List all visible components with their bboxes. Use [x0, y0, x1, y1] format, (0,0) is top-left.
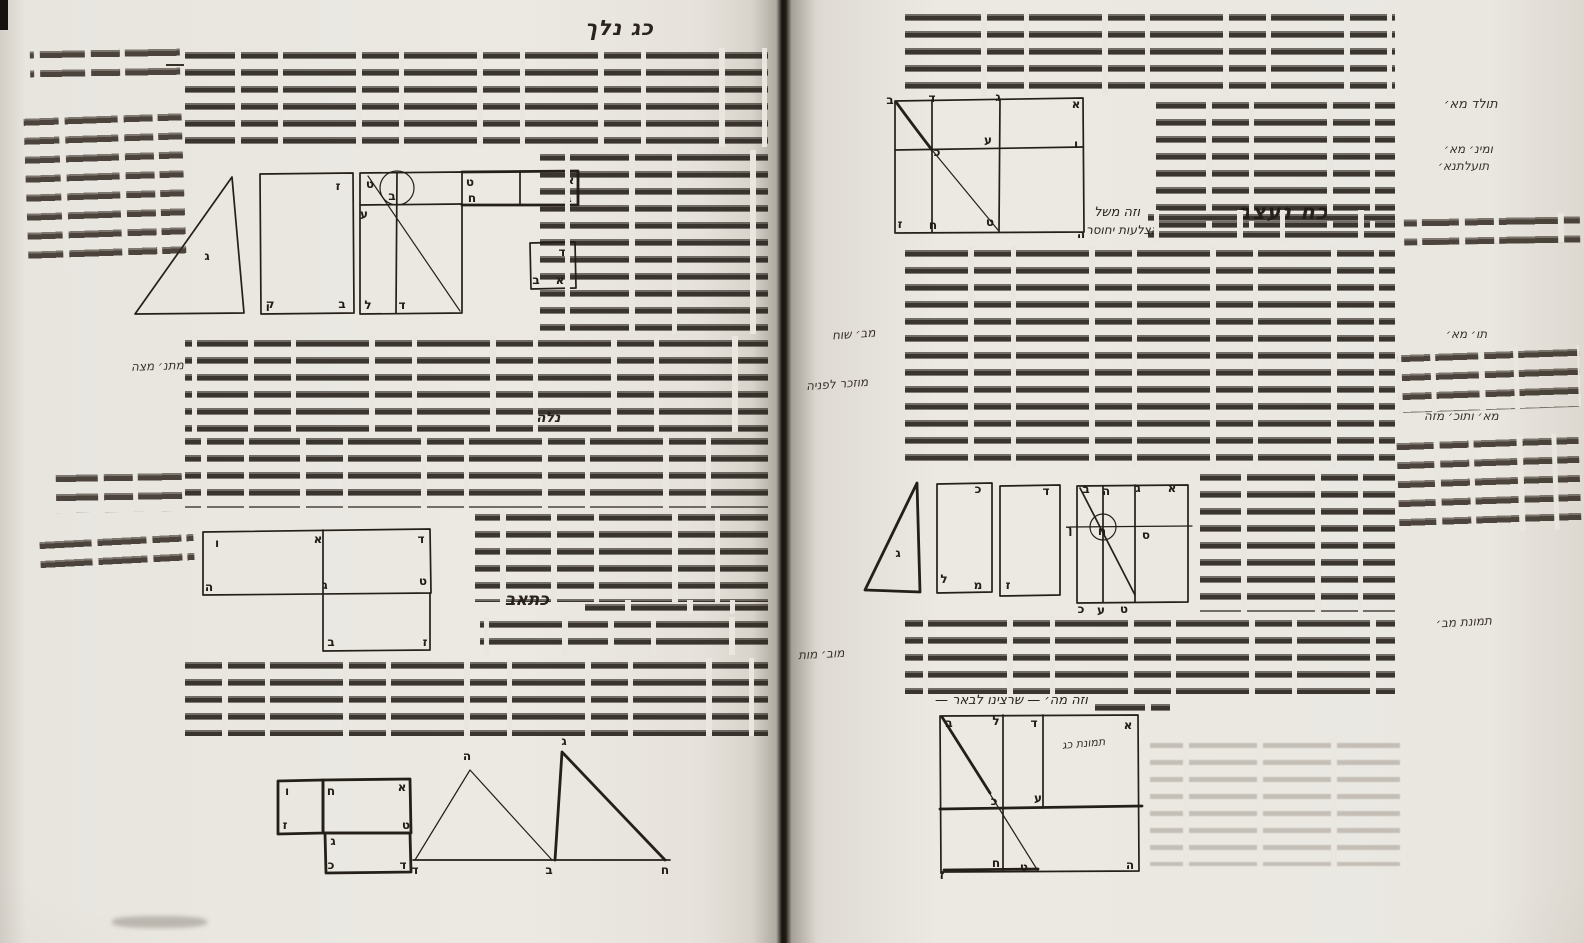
- left_mid-vertex-label-ג: ג: [322, 578, 328, 592]
- right_top-vertex-label-ד: ד: [928, 91, 935, 105]
- left-page-header: כג נלך: [585, 18, 654, 39]
- left_bottom-vertex-label-ג: ג: [561, 734, 567, 748]
- left_bottom-vertex-label-כ: כ: [328, 858, 335, 872]
- left_main-vertex-label-ב: ב: [388, 189, 395, 203]
- figure-right-top: בדגאוכעזחטה: [880, 92, 1150, 247]
- left_main-vertex-label-ד: ד: [398, 298, 405, 312]
- left_main-vertex-label-ג: ג: [204, 249, 210, 263]
- right_top-vertex-label-ג: ג: [995, 90, 1001, 104]
- right_top-vertex-label-ע: ע: [984, 133, 992, 147]
- corner-ink-mark: [0, 0, 8, 30]
- right_mid-vertex-label-ס: ס: [1142, 528, 1150, 542]
- figure-left-mid: ואדטהגבז: [185, 505, 470, 660]
- left_bottom-vertex-label-ד: ד: [399, 858, 406, 872]
- left_mid-vertex-label-ה: ה: [205, 580, 213, 594]
- right_top-vertex-label-ב: ב: [886, 93, 893, 107]
- left_mid-vertex-label-ט: ט: [419, 574, 427, 588]
- right_bottom-vertex-label-א: א: [1124, 718, 1133, 732]
- right_top-vertex-label-ו: ו: [1074, 137, 1078, 151]
- right_mid-vertex-label-ע: ע: [1097, 603, 1105, 617]
- right_mid-vertex-label-ל: ל: [940, 572, 947, 586]
- left_bottom-vertex-label-ח: ח: [661, 863, 669, 877]
- right-margin-note-6: מב׳ שוח: [832, 326, 876, 341]
- manuscript-scan: כג נלך כתאב נלה מתנ׳ מצה כח נעצב וזה משל…: [0, 0, 1584, 943]
- figure-right-mid: גכלמדזבהגאךחסכעט: [860, 465, 1200, 620]
- right-margin-note-2: ומינ׳ מא׳: [1444, 143, 1493, 155]
- figure-left-bottom: וזחאטגכדהדבגח: [265, 725, 685, 885]
- right_mid-vertex-label-ג: ג: [1135, 481, 1141, 495]
- left_bottom-vertex-label-ב: ב: [545, 863, 552, 877]
- right_mid-vertex-label-ח: ח: [1098, 524, 1106, 538]
- left_mid-vertex-label-ד: ד: [417, 532, 424, 546]
- right_top-vertex-label-ה: ה: [1077, 227, 1085, 241]
- left_main-vertex-label-ב: ב: [338, 297, 345, 311]
- figure-right-bottom: בלדאכעזחטה: [930, 705, 1145, 885]
- right_bottom-vertex-label-כ: כ: [991, 794, 998, 808]
- right_top-vertex-label-א: א: [1072, 97, 1081, 111]
- right_top-vertex-label-ט: ט: [986, 215, 994, 229]
- left_mid-vertex-label-א: א: [314, 532, 323, 546]
- right-margin-note-1: תולד מא׳: [1444, 98, 1498, 111]
- left_main-vertex-label-ט: ט: [466, 175, 474, 189]
- left_bottom-vertex-label-ד: ד: [411, 863, 418, 877]
- right_mid-vertex-label-ד: ד: [1042, 484, 1049, 498]
- right_mid-vertex-label-א: א: [1168, 481, 1177, 495]
- figure-left-main: גזקבטבעלדטאחבדבא: [110, 148, 590, 343]
- left-margin-word: מתנ׳ מצה: [131, 359, 184, 373]
- right-margin-note-4: מא׳ ותוכ׳ מזה: [1424, 410, 1499, 422]
- right_bottom-vertex-label-ז: ז: [940, 868, 945, 882]
- right-margin-note-3: תו׳ מא׳: [1446, 328, 1487, 340]
- right_bottom-vertex-label-ט: ט: [1020, 860, 1028, 874]
- left_bottom-vertex-label-א: א: [398, 780, 407, 794]
- left_main-vertex-label-א: א: [556, 273, 565, 287]
- right_bottom-vertex-label-ל: ל: [992, 714, 999, 728]
- left_mid-vertex-label-ז: ז: [423, 635, 428, 649]
- left_main-vertex-label-ב: ב: [532, 273, 539, 287]
- right_bottom-vertex-label-ח: ח: [992, 856, 1000, 870]
- right_mid-vertex-label-כ: כ: [975, 482, 982, 496]
- left_mid-vertex-label-ו: ו: [215, 536, 219, 550]
- right-margin-note-8: מוב׳ מות: [798, 647, 845, 661]
- right-page-heading: כח נעצב: [1238, 202, 1329, 223]
- right_mid-vertex-label-ב: ב: [1082, 482, 1089, 496]
- right_mid-vertex-label-ז: ז: [1006, 578, 1011, 592]
- right_bottom-vertex-label-ע: ע: [1034, 791, 1042, 805]
- left-inline-word: נלה: [536, 411, 560, 425]
- right_bottom-vertex-label-ב: ב: [945, 716, 952, 730]
- left_main-vertex-label-ל: ל: [364, 298, 371, 312]
- bottom-smudge: [112, 916, 207, 928]
- left_main-vertex-label-ק: ק: [266, 297, 275, 311]
- right_mid-vertex-label-ה: ה: [1102, 484, 1110, 498]
- margin-pointer-dash: [166, 64, 184, 66]
- left_bottom-vertex-label-ז: ז: [283, 818, 288, 832]
- right_mid-vertex-label-ך: ך: [1066, 522, 1073, 536]
- left_main-vertex-label-ח: ח: [468, 191, 476, 205]
- left_main-vertex-label-ז: ז: [336, 179, 341, 193]
- left_bottom-vertex-label-ו: ו: [285, 784, 289, 798]
- left-inline-heading: כתאב: [505, 592, 549, 609]
- right_bottom-vertex-label-ד: ד: [1030, 716, 1037, 730]
- left_main-vertex-label-ט: ט: [366, 177, 374, 191]
- left_bottom-vertex-label-ח: ח: [327, 784, 335, 798]
- right-margin-note-5: תמונת מב׳: [1436, 615, 1492, 630]
- right_top-vertex-label-ח: ח: [929, 218, 937, 232]
- right_mid-vertex-label-מ: מ: [974, 578, 983, 592]
- left_bottom-vertex-label-ג: ג: [330, 834, 336, 848]
- right_mid-vertex-label-כ: כ: [1078, 602, 1085, 616]
- left_bottom-vertex-label-ט: ט: [402, 818, 410, 832]
- right_bottom-vertex-label-ה: ה: [1126, 858, 1134, 872]
- left_main-vertex-label-ד: ד: [558, 245, 565, 259]
- right_mid-vertex-label-ט: ט: [1120, 602, 1128, 616]
- left_main-vertex-label-ב: ב: [564, 191, 571, 205]
- left_mid-vertex-label-ב: ב: [327, 635, 334, 649]
- right_top-vertex-label-כ: כ: [934, 145, 941, 159]
- left_bottom-vertex-label-ה: ה: [463, 749, 471, 763]
- right_top-vertex-label-ז: ז: [898, 217, 903, 231]
- right_mid-vertex-label-ג: ג: [895, 546, 901, 560]
- left_main-vertex-label-א: א: [566, 173, 575, 187]
- left_main-vertex-label-ע: ע: [360, 207, 368, 221]
- right-margin-note-2b: תועלתנא׳: [1438, 160, 1489, 172]
